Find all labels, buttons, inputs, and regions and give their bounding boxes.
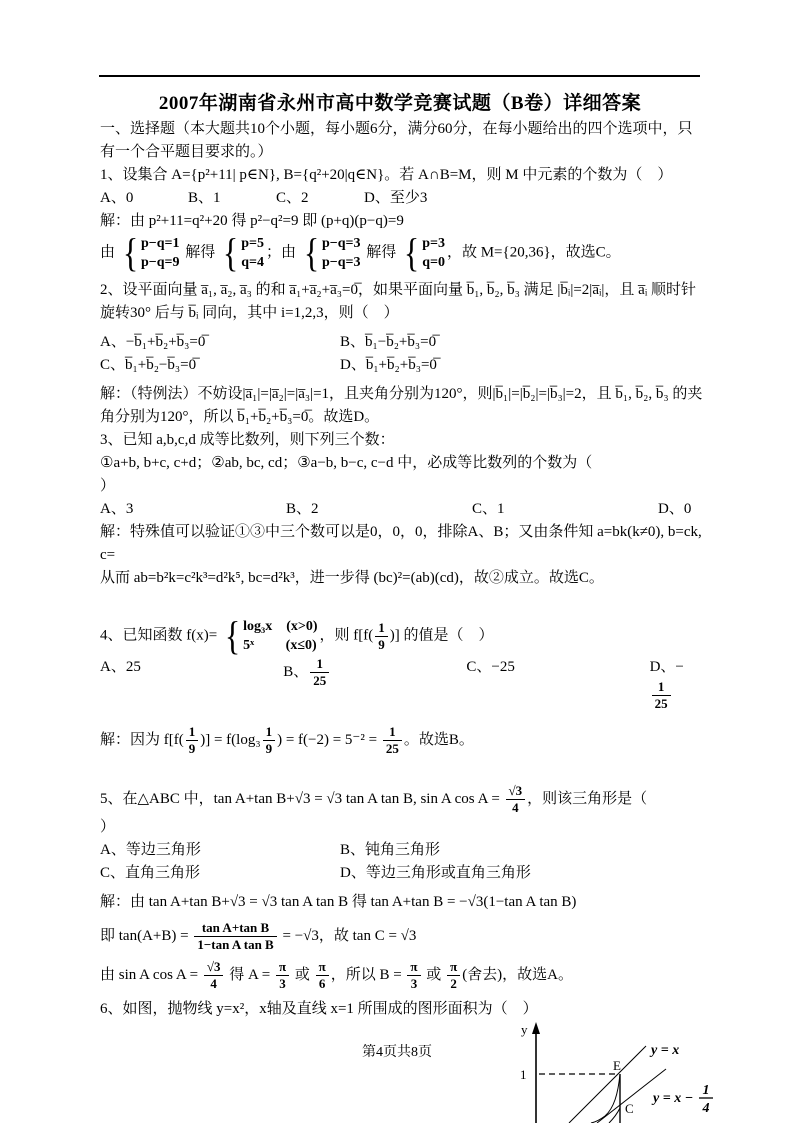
fraction: π3 [407,959,420,992]
option-item: B、2 [286,498,472,521]
fraction: 19 [186,724,199,757]
y-axis-label: y [521,1022,528,1037]
line2-label-prefix: y = x − [651,1091,693,1106]
option-item: C、−25 [466,656,649,712]
option-item: B、125 [283,656,466,712]
option-item: D、−125 [650,656,706,712]
option-item: C、1 [472,498,658,521]
question-2: 2、设平面向量 a̅₁, a̅₂, a̅₃ 的和 a̅₁+a̅₂+a̅₃=0̅，… [100,279,706,325]
fraction: √34 [506,783,526,816]
left-brace: { [223,235,238,271]
solution-1-systems: 由 {p−q=1p−q=9 解得 {p=5q=4；由 {p−q=3p−q=3 解… [100,233,706,273]
option-item: B、1 [188,187,276,210]
parabola-diagram: y 1 E y = x y = x − 1 4 C [493,1018,793,1123]
fraction: 125 [652,679,671,712]
option-item: C、直角三角形 [100,862,340,885]
header-divider [99,75,700,77]
option-item: D、等边三角形或直角三角形 [340,862,531,885]
question-3-items: ①a+b, b+c, c+d；②ab, bc, cd；③a−b, b−c, c−… [100,452,706,475]
document-page: 2007年湖南省永州市高中数学竞赛试题（B卷）详细答案 一、选择题（本大题共10… [0,0,794,1123]
brace-group: {p−q=1p−q=9 [121,234,180,272]
option-item: C、b̅₁+b̅₂−b̅₃=0̅ [100,354,340,377]
left-brace: { [304,235,319,271]
left-brace: { [404,235,419,271]
option-item: C、2 [276,187,364,210]
question-5-close-paren: ） [100,816,706,839]
brace-group: {p=5q=4 [221,234,264,272]
brace-group: {log₃x (x>0)5ˣ (x≤0) [223,617,318,655]
option-item: B、钝角三角形 [340,839,440,862]
question-2-options-ab: A、−b̅₁+b̅₂+b̅₃=0̅B、b̅₁−b̅₂+b̅₃=0̅ [100,331,706,354]
question-1-options: A、0B、1C、2D、至少3 [100,187,706,210]
option-item: B、b̅₁−b̅₂+b̅₃=0̅ [340,331,436,354]
solution-3-line2: 从而 ab=b²k=c²k³=d²k⁵, bc=d²k³，进一步得 (bc)²=… [100,567,706,590]
fraction: tan A+tan B1−tan A tan B [194,920,276,953]
solution-5-line3: 由 sin A cos A = √34 得 A = π3 或 π6，所以 B =… [100,959,706,992]
left-brace: { [225,618,240,654]
left-brace: { [123,235,138,271]
question-4-options: A、25B、125C、−25D、−125 [100,656,706,712]
point-e-label: E [613,1058,621,1073]
fraction: π2 [447,959,460,992]
fraction: √34 [204,959,224,992]
question-5: 5、在△ABC 中，tan A+tan B+√3 = √3 tan A tan … [100,783,706,816]
option-item: D、b̅₁+b̅₂+b̅₃=0̅ [340,354,437,377]
question-5-options-ab: A、等边三角形B、钝角三角形 [100,839,706,862]
option-item: A、−b̅₁+b̅₂+b̅₃=0̅ [100,331,340,354]
question-3-close-paren: ） [100,475,706,498]
point-c-label: C [625,1101,634,1116]
brace-group: {p=3q=0 [402,234,445,272]
option-item: D、至少3 [364,187,427,210]
question-1: 1、设集合 A={p²+11| p∈N}, B={q²+20|q∈N}。若 A∩… [100,164,706,187]
brace-group: {p−q=3p−q=3 [302,234,361,272]
solution-5: 解：由 tan A+tan B+√3 = √3 tan A tan B 得 ta… [100,891,706,914]
line2-label-denominator: 4 [702,1101,710,1116]
solution-5-line2: 即 tan(A+B) = tan A+tan B1−tan A tan B = … [100,920,706,953]
y-axis-arrow-icon [532,1022,540,1034]
option-item: A、0 [100,187,188,210]
option-item: A、3 [100,498,286,521]
page-title: 2007年湖南省永州市高中数学竞赛试题（B卷）详细答案 [97,88,703,115]
option-item: D、0 [658,498,691,521]
section-heading: 一、选择题（本大题共10个小题，每小题6分，满分60分，在每小题给出的四个选项中… [100,118,706,164]
fraction: 125 [310,656,329,689]
line2-label-numerator: 1 [703,1083,710,1098]
fraction: π6 [316,959,329,992]
solution-3: 解：特殊值可以验证①③中三个数可以是0，0，0，排除A、B；又由条件知 a=bk… [100,521,706,567]
fraction: π3 [276,959,289,992]
fraction: 125 [383,724,402,757]
question-3: 3、已知 a,b,c,d 成等比数列，则下列三个数： [100,429,706,452]
question-6-figure: y 1 E y = x y = x − 1 4 C [493,1018,793,1123]
question-3-options: A、3B、2C、1D、0 [100,498,706,521]
solution-4: 解：因为 f[f(19)] = f(log₃19) = f(−2) = 5⁻² … [100,724,706,757]
question-4: 4、已知函数 f(x)= {log₃x (x>0)5ˣ (x≤0)，则 f[f(… [100,616,706,656]
fraction: 19 [375,620,388,653]
question-5-options-cd: C、直角三角形D、等边三角形或直角三角形 [100,862,706,885]
option-item: A、25 [100,656,283,712]
document-lines: 一、选择题（本大题共10个小题，每小题6分，满分60分，在每小题给出的四个选项中… [100,118,706,1021]
question-2-options-cd: C、b̅₁+b̅₂−b̅₃=0̅D、b̅₁+b̅₂+b̅₃=0̅ [100,354,706,377]
tick-label-1: 1 [520,1067,527,1082]
option-item: A、等边三角形 [100,839,340,862]
solution-2: 解：（特例法）不妨设|a̅₁|=|a̅₂|=|a̅₃|=1，且夹角分别为120°… [100,383,706,429]
fraction: 19 [263,724,276,757]
line-y-equals-x-label: y = x [649,1043,679,1058]
line-y-equals-x [569,1046,646,1123]
parabola-curve-lower [609,1108,620,1123]
